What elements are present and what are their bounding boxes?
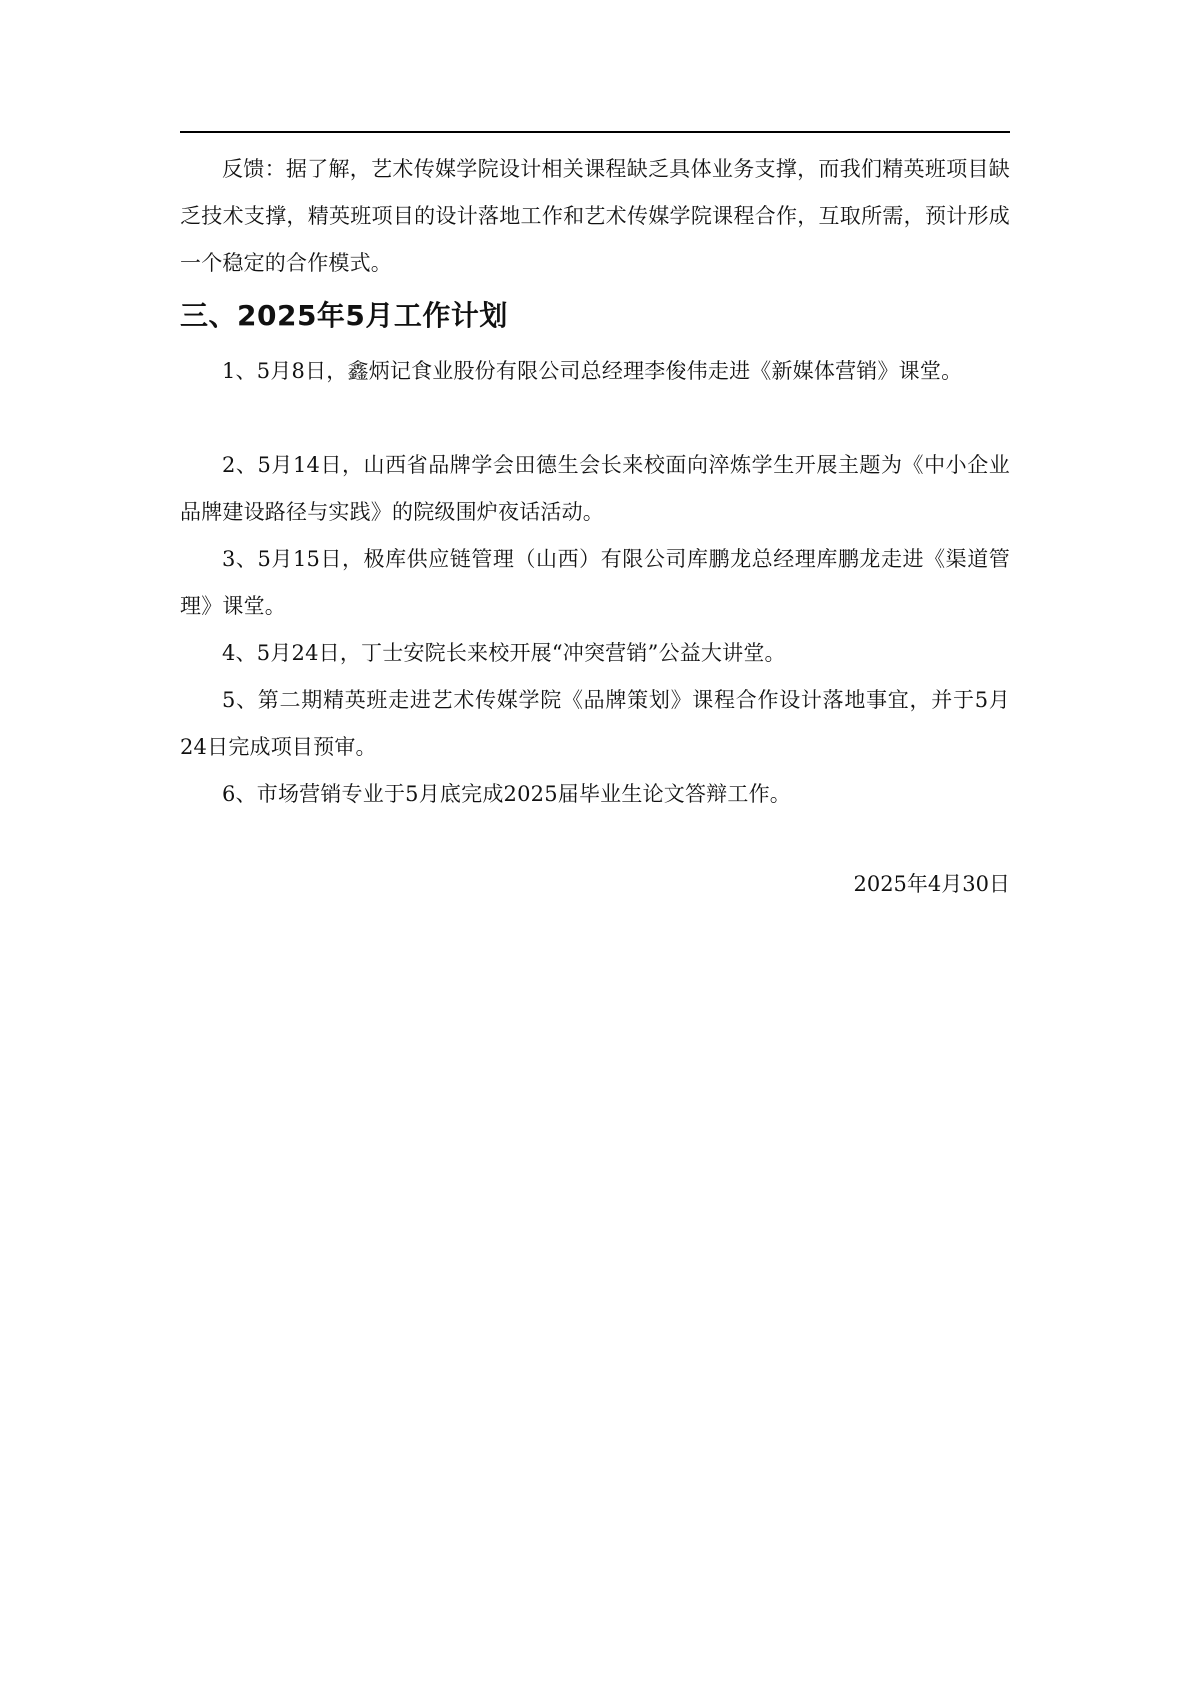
header-rule [180,131,1010,133]
plan-item-4: 4、5月24日，丁士安院长来校开展“冲突营销”公益大讲堂。 [180,630,1010,677]
plan-item-5: 5、第二期精英班走进艺术传媒学院《品牌策划》课程合作设计落地事宜，并于5月24日… [180,677,1010,771]
section-heading: 三、2025年5月工作计划 [180,296,508,336]
plan-item-3: 3、5月15日，极库供应链管理（山西）有限公司库鹏龙总经理库鹏龙走进《渠道管理》… [180,536,1010,630]
plan-item-2: 2、5月14日，山西省品牌学会田德生会长来校面向淬炼学生开展主题为《中小企业品牌… [180,442,1010,536]
feedback-paragraph: 反馈：据了解，艺术传媒学院设计相关课程缺乏具体业务支撑，而我们精英班项目缺乏技术… [180,146,1010,287]
document-date: 2025年4月30日 [853,866,1010,902]
plan-item-1: 1、5月8日，鑫炳记食业股份有限公司总经理李俊伟走进《新媒体营销》课堂。 [180,348,1010,395]
plan-item-6: 6、市场营销专业于5月底完成2025届毕业生论文答辩工作。 [180,771,1010,818]
